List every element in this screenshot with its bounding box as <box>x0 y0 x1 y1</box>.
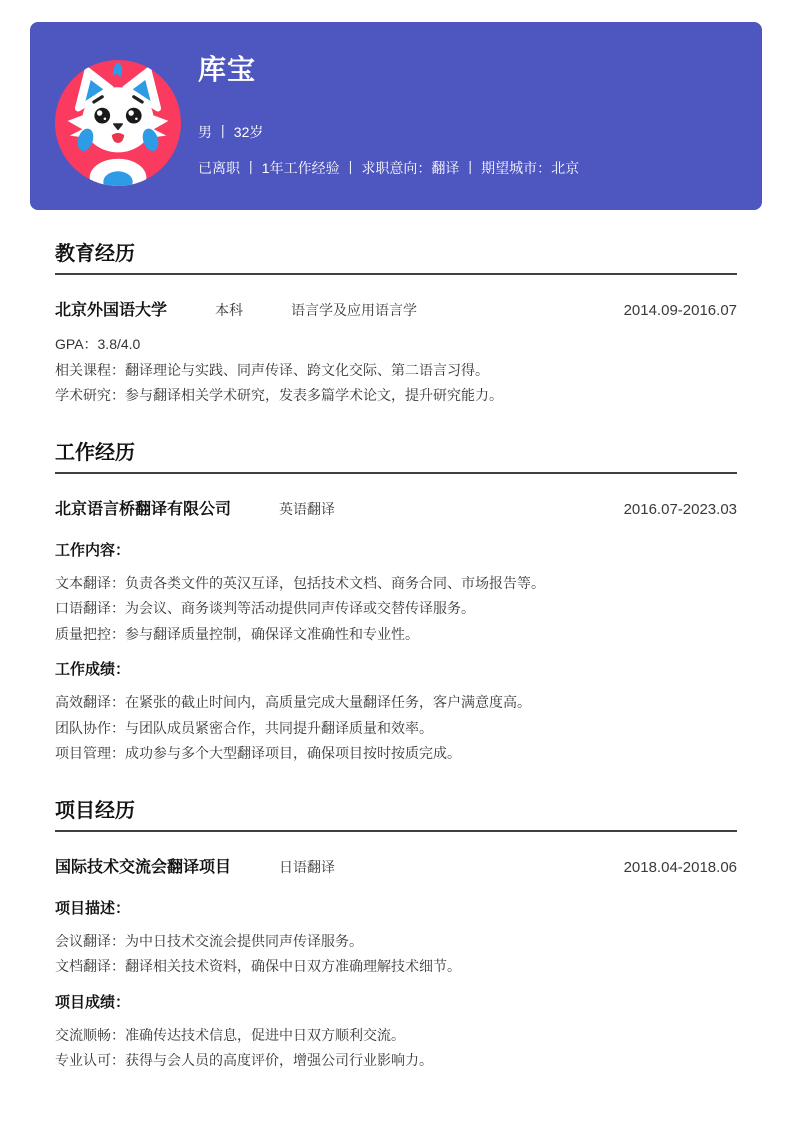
research-line: 学术研究：参与翻译相关学术研究，发表多篇学术论文，提升研究能力。 <box>55 383 737 409</box>
section-divider <box>55 472 737 474</box>
education-details: GPA：3.8/4.0 相关课程：翻译理论与实践、同声传译、跨文化交际、第二语言… <box>55 332 737 409</box>
work-content-lines: 文本翻译：负责各类文件的英汉互译，包括技术文档、商务合同、市场报告等。 口语翻译… <box>55 571 737 648</box>
section-title-education: 教育经历 <box>55 240 737 268</box>
work-line: 项目管理：成功参与多个大型翻译项目，确保项目按时按质完成。 <box>55 741 737 767</box>
section-title-work: 工作经历 <box>55 439 737 467</box>
work-achievement-subtitle: 工作成绩： <box>55 659 737 681</box>
project-achievement-subtitle: 项目成绩： <box>55 992 737 1014</box>
resume-body: 教育经历 北京外国语大学 本科 语言学及应用语言学 2014.09-2016.0… <box>0 240 792 1074</box>
section-project: 项目经历 国际技术交流会翻译项目 日语翻译 2018.04-2018.06 项目… <box>55 797 737 1074</box>
project-line: 会议翻译：为中日技术交流会提供同声传译服务。 <box>55 929 737 955</box>
major: 语言学及应用语言学 <box>291 300 417 320</box>
project-entry-row: 国际技术交流会翻译项目 日语翻译 2018.04-2018.06 <box>55 854 737 877</box>
resume-header-banner: 库宝 男 丨 32岁 已离职 丨 1年工作经验 丨 求职意向：翻译 丨 期望城市… <box>30 22 762 210</box>
school-name: 北京外国语大学 <box>55 297 167 320</box>
education-date-range: 2014.09-2016.07 <box>624 302 737 319</box>
job-status-line: 已离职 丨 1年工作经验 丨 求职意向：翻译 丨 期望城市：北京 <box>198 158 579 178</box>
degree: 本科 <box>215 300 243 320</box>
project-role: 日语翻译 <box>279 857 335 877</box>
section-divider <box>55 273 737 275</box>
project-line: 交流顺畅：准确传达技术信息，促进中日双方顺利交流。 <box>55 1023 737 1049</box>
candidate-name: 库宝 <box>198 54 256 86</box>
section-divider <box>55 830 737 832</box>
section-title-project: 项目经历 <box>55 797 737 825</box>
project-line: 专业认可：获得与会人员的高度评价，增强公司行业影响力。 <box>55 1048 737 1074</box>
company-name: 北京语言桥翻译有限公司 <box>55 496 231 519</box>
section-work: 工作经历 北京语言桥翻译有限公司 英语翻译 2016.07-2023.03 工作… <box>55 439 737 767</box>
project-name: 国际技术交流会翻译项目 <box>55 854 231 877</box>
project-description-subtitle: 项目描述： <box>55 898 737 920</box>
gpa-line: GPA：3.8/4.0 <box>55 332 737 358</box>
work-line: 文本翻译：负责各类文件的英汉互译，包括技术文档、商务合同、市场报告等。 <box>55 571 737 597</box>
gender-age-line: 男 丨 32岁 <box>198 122 263 142</box>
work-line: 口语翻译：为会议、商务谈判等活动提供同声传译或交替传译服务。 <box>55 596 737 622</box>
work-content-subtitle: 工作内容： <box>55 540 737 562</box>
work-line: 高效翻译：在紧张的截止时间内，高质量完成大量翻译任务，客户满意度高。 <box>55 690 737 716</box>
project-achievement-lines: 交流顺畅：准确传达技术信息，促进中日双方顺利交流。 专业认可：获得与会人员的高度… <box>55 1023 737 1074</box>
project-line: 文档翻译：翻译相关技术资料，确保中日双方准确理解技术细节。 <box>55 954 737 980</box>
work-line: 团队协作：与团队成员紧密合作，共同提升翻译质量和效率。 <box>55 716 737 742</box>
section-education: 教育经历 北京外国语大学 本科 语言学及应用语言学 2014.09-2016.0… <box>55 240 737 409</box>
work-date-range: 2016.07-2023.03 <box>624 501 737 518</box>
courses-line: 相关课程：翻译理论与实践、同声传译、跨文化交际、第二语言习得。 <box>55 358 737 384</box>
work-entry-row: 北京语言桥翻译有限公司 英语翻译 2016.07-2023.03 <box>55 496 737 519</box>
project-date-range: 2018.04-2018.06 <box>624 859 737 876</box>
education-entry-row: 北京外国语大学 本科 语言学及应用语言学 2014.09-2016.07 <box>55 297 737 320</box>
work-line: 质量把控：参与翻译质量控制，确保译文准确性和专业性。 <box>55 622 737 648</box>
avatar <box>55 60 181 186</box>
work-achievement-lines: 高效翻译：在紧张的截止时间内，高质量完成大量翻译任务，客户满意度高。 团队协作：… <box>55 690 737 767</box>
job-title: 英语翻译 <box>279 499 335 519</box>
project-description-lines: 会议翻译：为中日技术交流会提供同声传译服务。 文档翻译：翻译相关技术资料，确保中… <box>55 929 737 980</box>
cat-mascot-icon <box>55 60 181 186</box>
